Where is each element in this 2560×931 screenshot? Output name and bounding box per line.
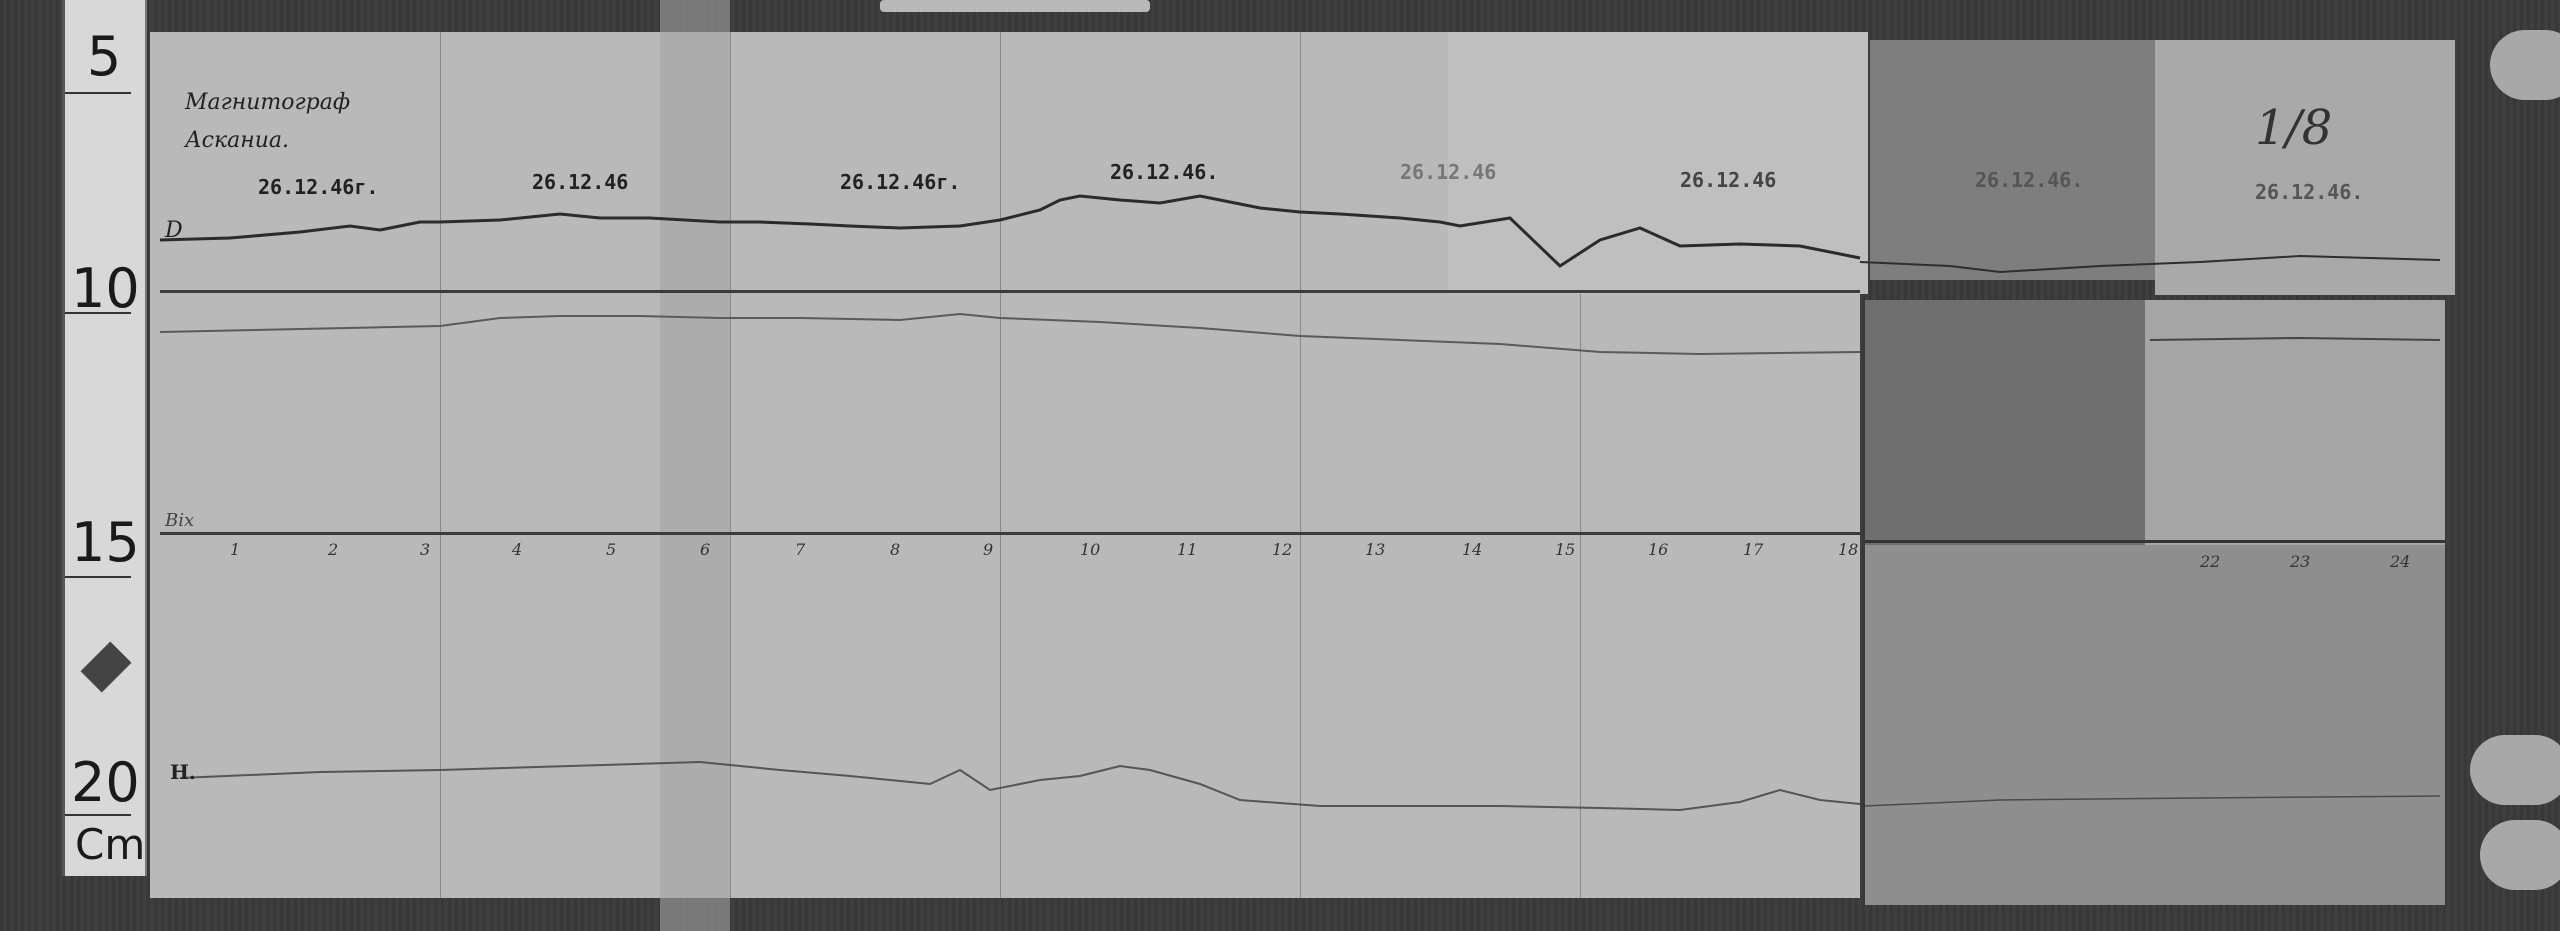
title-line-2: Асканиа. <box>185 128 289 153</box>
finger <box>2480 820 2560 890</box>
hour-tick-label: 4 <box>512 540 522 559</box>
date-label: 26.12.46г. <box>840 170 960 194</box>
hour-tick-label: 7 <box>795 540 805 559</box>
finger <box>2490 30 2560 100</box>
date-label: 26.12.46. <box>1975 168 2083 192</box>
hour-tick-label: 15 <box>1555 540 1575 559</box>
hour-tick-label: 9 <box>983 540 993 559</box>
hour-tick-label: 22 <box>2200 552 2220 571</box>
hour-tick-label: 3 <box>420 540 430 559</box>
finger <box>2470 735 2560 805</box>
magnetogram-traces <box>0 0 2560 931</box>
hour-tick-label: 12 <box>1272 540 1292 559</box>
component-label-d: D <box>165 218 183 243</box>
title-line-1: Магнитограф <box>185 90 350 115</box>
hour-tick-label: 23 <box>2290 552 2310 571</box>
hour-tick-label: 11 <box>1177 540 1197 559</box>
hour-tick-label: 18 <box>1838 540 1858 559</box>
date-label: 26.12.46. <box>1110 160 1218 184</box>
hour-tick-label: 8 <box>890 540 900 559</box>
date-label: 26.12.46. <box>2255 180 2363 204</box>
hour-tick-label: 13 <box>1365 540 1385 559</box>
date-label: 26.12.46 <box>1680 168 1776 192</box>
component-label-h: H. <box>170 760 196 784</box>
hour-tick-label: 14 <box>1462 540 1482 559</box>
hour-tick-label: 1 <box>230 540 240 559</box>
hour-tick-label: 6 <box>700 540 710 559</box>
sheet-number: 1/8 <box>2255 100 2332 156</box>
hour-tick-label: 2 <box>328 540 338 559</box>
hour-tick-label: 16 <box>1648 540 1668 559</box>
date-label: 26.12.46 <box>532 170 628 194</box>
date-label: 26.12.46г. <box>258 175 378 199</box>
hour-tick-label: 10 <box>1080 540 1100 559</box>
hour-tick-label: 24 <box>2390 552 2410 571</box>
date-label: 26.12.46 <box>1400 160 1496 184</box>
component-label-baseline: Bix <box>165 510 194 531</box>
hour-tick-label: 17 <box>1743 540 1763 559</box>
hour-tick-label: 5 <box>606 540 616 559</box>
